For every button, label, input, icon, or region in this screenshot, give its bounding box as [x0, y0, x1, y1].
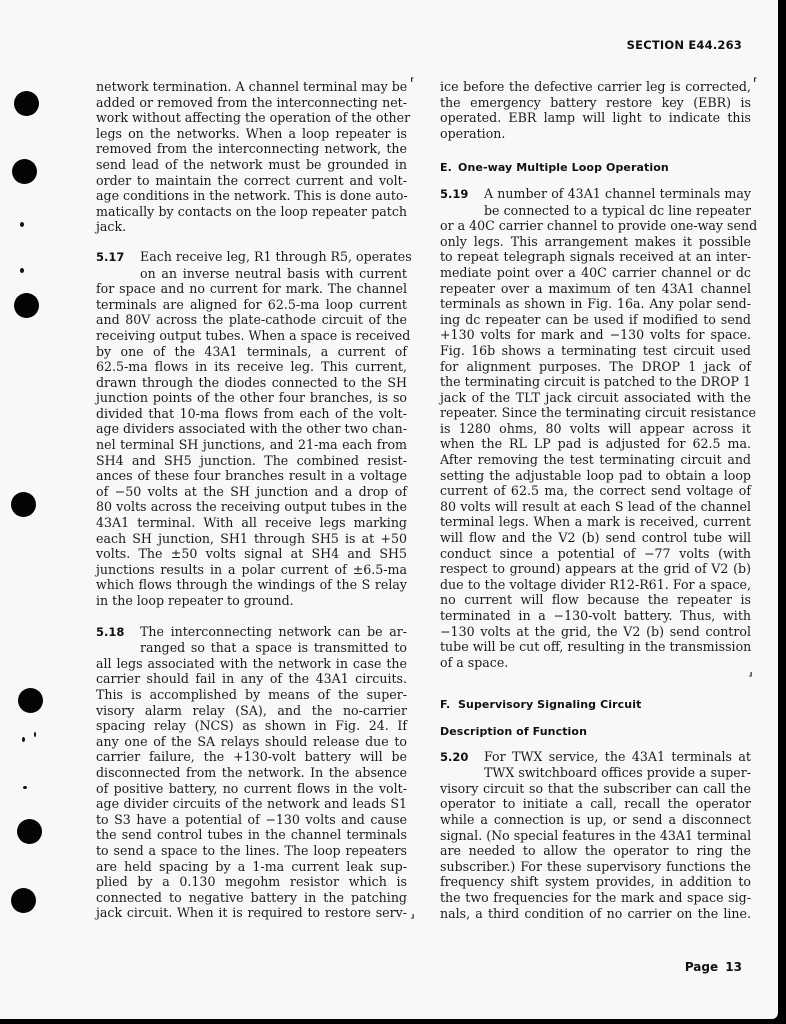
text-line: SH4 and SH5 junction. The combined resis… [96, 453, 407, 469]
text-line: subscriber.) For these supervisory funct… [440, 859, 751, 875]
text-line: spacing relay (NCS) as shown in Fig. 24.… [96, 718, 407, 734]
text-line: all legs associated with the network in … [96, 656, 407, 672]
text-line: A number of 43A1 channel terminals may [484, 186, 751, 201]
paragraph-5-20: 5.20For TWX service, the 43A1 terminals … [440, 749, 751, 922]
paragraph-number: 5.17 [96, 250, 140, 266]
text-line: receiving output tubes. When a space is … [96, 328, 407, 344]
text-line: operator to initiate a call, recall the … [440, 796, 751, 812]
text-line: ances of these four branches result in a… [96, 468, 407, 484]
continuation-paragraph: network termination. A channel terminal … [96, 79, 407, 235]
text-line: age dividers associated with the other t… [96, 421, 407, 437]
text-line: This is accomplished by means of the sup… [96, 687, 407, 703]
text-line: ice before the defective carrier leg is … [440, 79, 751, 95]
text-line: which flows through the windings of the … [96, 577, 407, 593]
text-line: send lead of the network must be grounde… [96, 157, 407, 173]
text-line: added or removed from the interconnectin… [96, 95, 407, 111]
text-line: no current will flow because the repeate… [440, 592, 751, 608]
text-line: Each receive leg, R1 through R5, operate… [140, 249, 412, 264]
text-line: jack. [96, 219, 407, 235]
text-line: repeater over a maximum of ten 43A1 chan… [440, 281, 751, 297]
text-line: divided that 10-ma flows from each of th… [96, 406, 407, 422]
text-line: junctions results in a polar current of … [96, 562, 407, 578]
continuation-paragraph: ice before the defective carrier leg is … [440, 79, 751, 141]
text-line: After removing the test terminating circ… [440, 452, 751, 468]
text-line: due to the voltage divider R12-R61. For … [440, 577, 751, 593]
paragraph-5-17: 5.17Each receive leg, R1 through R5, ope… [96, 249, 407, 609]
text-line: nals, a third condition of no carrier on… [440, 906, 751, 922]
text-line: the send control tubes in the channel te… [96, 827, 407, 843]
text-line: to send a space to the lines. The loop r… [96, 843, 407, 859]
text-line: each SH junction, SH1 through SH5 is at … [96, 531, 407, 547]
text-line: plied by a 0.130 megohm resistor which i… [96, 874, 407, 890]
text-line: ing dc repeater can be used if modified … [440, 312, 751, 328]
text-line: are held spacing by a 1-ma current leak … [96, 859, 407, 875]
text-line: by one of the 43A1 terminals, a current … [96, 344, 407, 360]
scan-speck [20, 222, 24, 227]
text-line: respect to ground) appears at the grid o… [440, 561, 751, 577]
text-line: for alignment purposes. The DROP 1 jack … [440, 359, 751, 375]
text-line: matically by contacts on the loop repeat… [96, 204, 407, 220]
text-line: is 1280 ohms, 80 volts will appear acros… [440, 421, 751, 437]
binder-hole [14, 293, 39, 318]
text-line: 80 volts will result at each S lead of t… [440, 499, 751, 515]
text-line: frequency shift system provides, in addi… [440, 874, 751, 890]
text-line: age conditions in the network. This is d… [96, 188, 407, 204]
text-line: terminals are aligned for 62.5-ma loop c… [96, 297, 407, 313]
text-line: terminals as shown in Fig. 16a. Any pola… [440, 296, 751, 312]
text-line: only legs. This arrangement makes it pos… [440, 234, 751, 250]
text-line: carrier should fail in any of the 43A1 c… [96, 671, 407, 687]
scan-speck [20, 268, 24, 273]
text-line: 62.5-ma flows in its receive leg. This c… [96, 359, 407, 375]
text-line: jack circuit. When it is required to res… [96, 905, 407, 921]
page-number: Page 13 [685, 960, 742, 974]
text-line: operation. [440, 126, 751, 142]
text-line: of −50 volts at the SH junction and a dr… [96, 484, 407, 500]
text-line: for space and no current for mark. The c… [96, 281, 407, 297]
text-line: on an inverse neutral basis with current [96, 266, 407, 282]
text-line: network termination. A channel terminal … [96, 79, 407, 95]
heading-one-way-multiple-loop-operation: E.One-way Multiple Loop Operation [440, 160, 751, 176]
text-line: The interconnecting network can be ar- [140, 624, 407, 639]
text-line: in the loop repeater to ground. [96, 593, 407, 609]
binder-hole [11, 888, 36, 913]
paragraph-5-18: 5.18The interconnecting network can be a… [96, 624, 407, 921]
text-line: the emergency battery restore key (EBR) … [440, 95, 751, 111]
binder-hole [17, 819, 42, 844]
scan-speck [23, 786, 27, 789]
text-line: current of 62.5 ma, the correct send vol… [440, 483, 751, 499]
heading-title: Supervisory Signaling Circuit [458, 698, 641, 711]
revision-start-mark: ⸢ [410, 76, 415, 90]
text-line: of a space. [440, 655, 751, 671]
text-line: visory alarm relay (SA), and the no-carr… [96, 703, 407, 719]
text-line: conduct since a potential of −77 volts (… [440, 546, 751, 562]
text-line: junction points of the other four branch… [96, 390, 407, 406]
text-line: removed from the interconnecting network… [96, 141, 407, 157]
paragraph-number: 5.18 [96, 625, 140, 641]
subheading-description-of-function: Description of Function [440, 724, 751, 740]
text-line: +130 volts for mark and −130 volts for s… [440, 327, 751, 343]
text-line: when the RL LP pad is adjusted for 62.5 … [440, 436, 751, 452]
text-line: disconnected from the network. In the ab… [96, 765, 407, 781]
heading-letter: F. [440, 697, 458, 713]
text-line: while a connection is up, or send a disc… [440, 812, 751, 828]
text-line: of positive battery, no current flows in… [96, 781, 407, 797]
heading-title: One-way Multiple Loop Operation [458, 161, 669, 174]
text-line: tube will be cut off, resulting in the t… [440, 639, 751, 655]
text-line: be connected to a typical dc line repeat… [440, 203, 751, 219]
section-header: SECTION E44.263 [627, 38, 742, 52]
text-line: or a 40C carrier channel to provide one-… [440, 218, 751, 234]
text-line: TWX switchboard offices provide a super- [440, 765, 751, 781]
text-line: −130 volts at the grid, the V2 (b) send … [440, 624, 751, 640]
text-line: volts. The ±50 volts signal at SH4 and S… [96, 546, 407, 562]
heading-letter: E. [440, 160, 458, 176]
text-line: 43A1 terminal. With all receive legs mar… [96, 515, 407, 531]
text-line: to repeat telegraph signals received at … [440, 249, 751, 265]
text-line: jack of the TLT jack circuit associated … [440, 390, 751, 406]
document-page: SECTION E44.263 network termination. A c… [0, 0, 778, 1019]
text-line: order to maintain the correct current an… [96, 173, 407, 189]
text-line: terminated in a −130-volt battery. Thus,… [440, 608, 751, 624]
heading-supervisory-signaling-circuit: F.Supervisory Signaling Circuit [440, 697, 751, 713]
text-line: will flow and the V2 (b) send control tu… [440, 530, 751, 546]
text-line: nel terminal SH junctions, and 21-ma eac… [96, 437, 407, 453]
text-line: signal. (No special features in the 43A1… [440, 828, 751, 844]
text-line: the terminating circuit is patched to th… [440, 374, 751, 390]
text-line: any one of the SA relays should release … [96, 734, 407, 750]
text-line: repeater. Since the terminating circuit … [440, 405, 751, 421]
right-column: ice before the defective carrier leg is … [440, 79, 751, 921]
text-line: visory circuit so that the subscriber ca… [440, 781, 751, 797]
text-line: Fig. 16b shows a terminating test circui… [440, 343, 751, 359]
text-line: operated. EBR lamp will light to indicat… [440, 110, 751, 126]
text-line: terminal legs. When a mark is received, … [440, 514, 751, 530]
scan-speck [22, 737, 25, 742]
revision-end-mark: ⸥ [410, 906, 415, 920]
revision-end-mark: ⸥ [748, 664, 753, 678]
text-line: carrier failure, the +130-volt battery w… [96, 749, 407, 765]
text-line: ranged so that a space is transmitted to [96, 640, 407, 656]
paragraph-number: 5.19 [440, 187, 484, 203]
left-column: network termination. A channel terminal … [96, 79, 407, 921]
text-line: drawn through the diodes connected to th… [96, 375, 407, 391]
text-line: age divider circuits of the network and … [96, 796, 407, 812]
paragraph-number: 5.20 [440, 750, 484, 766]
text-line: legs on the networks. When a loop repeat… [96, 126, 407, 142]
text-line: and 80V across the plate-cathode circuit… [96, 312, 407, 328]
text-line: 80 volts across the receiving output tub… [96, 499, 407, 515]
revision-start-mark: ⸢ [753, 76, 758, 90]
text-line: setting the adjustable loop pad to obtai… [440, 468, 751, 484]
binder-hole [11, 492, 36, 517]
text-line: to S3 have a potential of −130 volts and… [96, 812, 407, 828]
binder-hole [12, 159, 37, 184]
text-line: mediate point over a 40C carrier channel… [440, 265, 751, 281]
binder-hole [14, 91, 39, 116]
text-line: connected to negative battery in the pat… [96, 890, 407, 906]
paragraph-5-19: 5.19A number of 43A1 channel terminals m… [440, 186, 751, 670]
text-line: For TWX service, the 43A1 terminals at [484, 749, 751, 764]
text-line: the two frequencies for the mark and spa… [440, 890, 751, 906]
text-line: work without affecting the operation of … [96, 110, 407, 126]
scan-speck [34, 732, 36, 737]
text-line: are needed to allow the operator to ring… [440, 843, 751, 859]
binder-hole [18, 688, 43, 713]
